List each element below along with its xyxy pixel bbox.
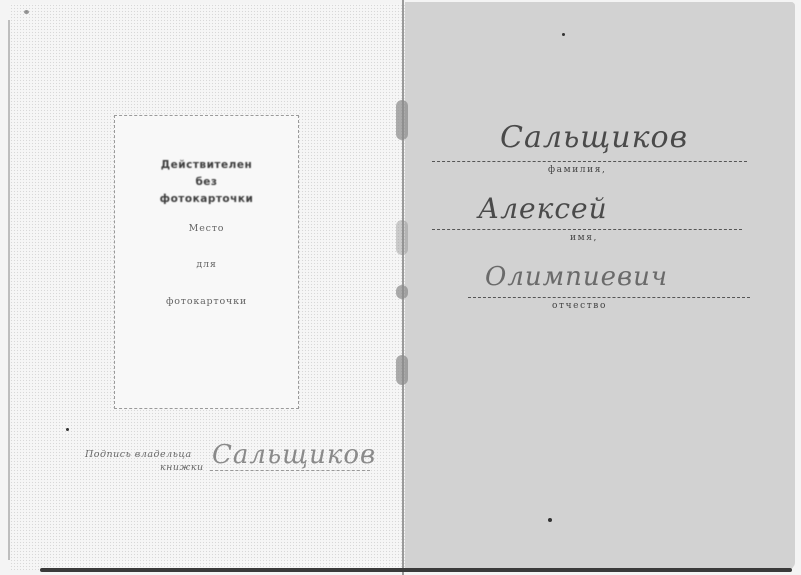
scanned-document: Действителен без фотокарточки Место для … xyxy=(0,0,801,575)
first-name-label: имя, xyxy=(570,233,598,243)
photo-placeholder-box: Действителен без фотокарточки Место для … xyxy=(114,115,299,409)
scan-speck xyxy=(24,10,29,14)
spine-staple-mark xyxy=(396,220,408,255)
owner-signature: Сальщиков xyxy=(212,440,376,470)
scan-speck xyxy=(548,518,552,522)
stamp-line-1: Действителен xyxy=(115,159,298,171)
surname-label: фамилия, xyxy=(548,165,606,175)
signature-line xyxy=(210,470,370,471)
patronymic-value: Олимпиевич xyxy=(485,262,668,292)
signature-label-line-1: Подпись владельца xyxy=(85,449,192,460)
spine-staple-mark xyxy=(396,285,408,299)
surname-value: Сальщиков xyxy=(500,120,688,155)
patronymic-label: отчество xyxy=(552,301,607,311)
spine-staple-mark xyxy=(396,355,408,385)
signature-label-line-2: книжки xyxy=(160,462,204,473)
patronymic-line xyxy=(468,297,750,298)
photo-label-line-3: фотокарточки xyxy=(115,296,298,307)
spine-staple-mark xyxy=(396,100,408,140)
first-name-line xyxy=(432,229,742,230)
stamp-line-3: фотокарточки xyxy=(115,193,298,205)
first-name-value: Алексей xyxy=(478,192,608,225)
photo-label-line-1: Место xyxy=(115,223,298,234)
scan-speck xyxy=(562,33,565,36)
stamp-line-2: без xyxy=(115,176,298,188)
photo-label-line-2: для xyxy=(115,259,298,270)
booklet-bottom-edge xyxy=(40,568,792,572)
scan-speck xyxy=(66,428,69,431)
surname-line xyxy=(432,161,747,162)
